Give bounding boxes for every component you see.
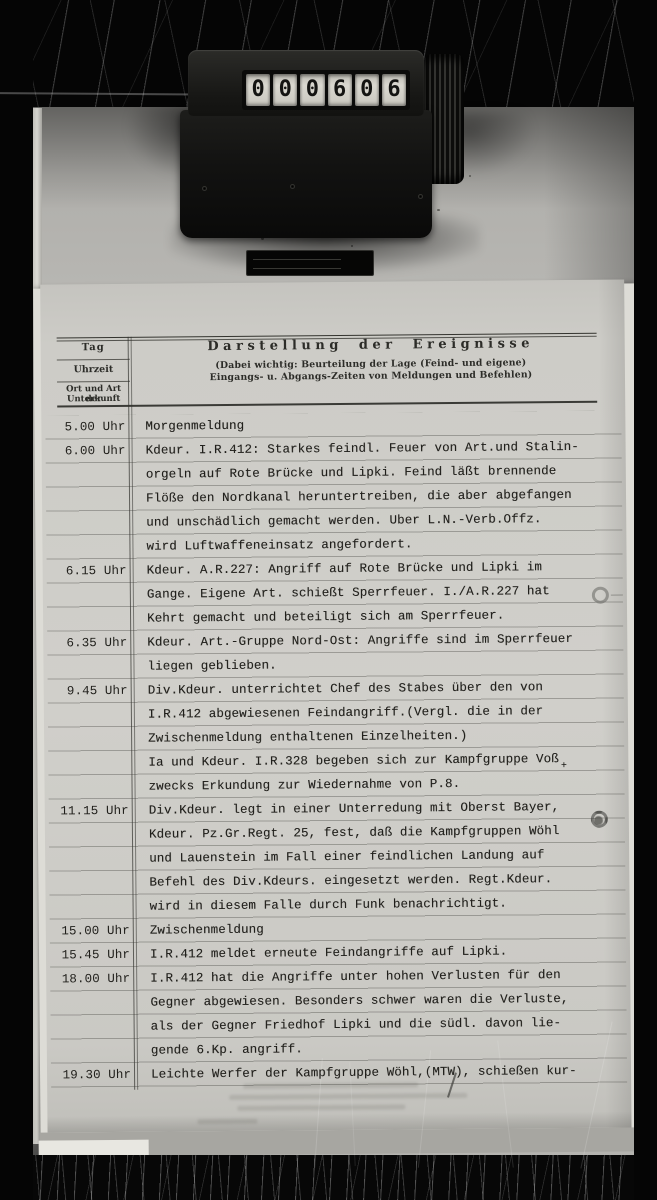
entry-line: Zwischenmeldung enthaltenen Einzelheiten… — [148, 723, 565, 751]
counter-digit: 6 — [328, 74, 352, 106]
film-border-left — [0, 0, 33, 1200]
entry-line: als der Gegner Friedhof Lipki und die sü… — [151, 1011, 569, 1039]
entry-line: Kehrt gemacht und beteiligt sich am Sper… — [147, 603, 550, 631]
uhrzeit-underline — [57, 381, 130, 383]
entry-line: Ia und Kdeur. I.R.328 begeben sich zur K… — [148, 747, 565, 775]
entry-line: gende 6.Kp. angriff. — [151, 1035, 569, 1063]
counter-base — [180, 110, 432, 238]
header-label-unterkunft-2: Unterkunft — [57, 394, 130, 405]
screw — [290, 184, 295, 189]
entry-line: I.R.412 abgewiesenen Feindangriff.(Vergl… — [148, 699, 565, 727]
counter-label-slot — [246, 250, 374, 276]
counter-digit: 0 — [300, 74, 324, 106]
counter-digits: 0 0 0 6 0 6 — [242, 70, 410, 110]
entry-time: 9.45 Uhr — [44, 679, 128, 704]
entry-lines: I.R.412 hat die Angriffe unter hohen Ver… — [150, 963, 569, 1063]
film-border-bottom — [0, 1155, 657, 1200]
entry-lines: Morgenmeldung — [145, 414, 244, 439]
counter-digit: 0 — [273, 74, 297, 106]
entry-line: Morgenmeldung — [145, 414, 244, 439]
table-row: 6.15 UhrKdeur. A.R.227: Angriff auf Rote… — [43, 554, 628, 631]
bleed-through-text — [229, 1093, 467, 1100]
table-row: 9.45 UhrDiv.Kdeur. unterrichtet Chef des… — [44, 674, 629, 799]
entries-table: 5.00 UhrMorgenmeldung6.00 UhrKdeur. I.R.… — [41, 410, 631, 1087]
entry-time: 11.15 Uhr — [45, 799, 129, 824]
punch-hole-mark-1 — [592, 587, 609, 604]
entry-line: Kdeur. A.R.227: Angriff auf Rote Brücke … — [147, 555, 550, 583]
entry-line: Div.Kdeur. legt in einer Unterredung mit… — [149, 795, 560, 823]
entry-line: Kdeur. Pz.Gr.Regt. 25, fest, daß die Kam… — [149, 819, 560, 847]
entry-lines: Kdeur. Art.-Gruppe Nord-Ost: Angriffe si… — [147, 627, 573, 679]
table-row: 18.00 UhrI.R.412 hat die Angriffe unter … — [46, 962, 631, 1063]
screw — [418, 194, 423, 199]
counter-digit: 0 — [246, 74, 270, 106]
entry-time: 15.00 Uhr — [46, 919, 130, 944]
tag-underline — [57, 359, 130, 361]
bleed-through-text — [237, 1104, 405, 1110]
entry-time: 6.00 Uhr — [42, 439, 126, 464]
document-page: Tag Uhrzeit Ort und Art der Unterkunft D… — [40, 279, 636, 1168]
entry-lines: Kdeur. I.R.412: Starkes feindl. Feuer vo… — [146, 435, 580, 559]
entry-lines: I.R.412 meldet erneute Feindangriffe auf… — [150, 940, 507, 967]
header-bottom-rule — [57, 401, 597, 407]
table-row: 11.15 UhrDiv.Kdeur. legt in einer Unterr… — [45, 794, 630, 919]
counter-digit: 0 — [355, 74, 379, 106]
entry-line: und Lauenstein im Fall einer feindlichen… — [149, 843, 560, 871]
punch-hole-mark-2 — [591, 811, 608, 828]
film-border-right — [634, 0, 657, 1200]
table-row: 6.35 UhrKdeur. Art.-Gruppe Nord-Ost: Ang… — [43, 626, 627, 679]
entry-line: Zwischenmeldung — [150, 918, 264, 943]
bleed-through-text — [197, 1119, 257, 1125]
entry-time: 6.15 Uhr — [43, 559, 127, 584]
entry-time: 19.30 Uhr — [47, 1063, 131, 1088]
entry-line: zwecks Erkundung zur Wiedernahme von P.8… — [148, 771, 565, 799]
entry-lines: Zwischenmeldung — [150, 918, 264, 943]
entry-lines: Kdeur. A.R.227: Angriff auf Rote Brücke … — [147, 555, 550, 631]
entry-time: 6.35 Uhr — [43, 631, 127, 656]
header-label-uhrzeit: Uhrzeit — [57, 364, 130, 376]
header-label-tag: Tag — [57, 342, 130, 354]
counter-digit: 6 — [382, 74, 406, 106]
entry-line: Gange. Eigene Art. schießt Sperrfeuer. I… — [147, 579, 550, 607]
entry-lines: Div.Kdeur. unterrichtet Chef des Stabes … — [148, 675, 566, 799]
screw — [202, 186, 207, 191]
entry-line: wird in diesem Falle durch Funk benachri… — [149, 891, 560, 919]
entry-line: I.R.412 hat die Angriffe unter hohen Ver… — [150, 963, 568, 991]
entry-line: I.R.412 meldet erneute Feindangriffe auf… — [150, 940, 507, 967]
war-diary-page: Tag Uhrzeit Ort und Art der Unterkunft D… — [40, 279, 631, 1132]
header-title: Darstellung der Ereignisse — [145, 336, 597, 355]
entry-line: Gegner abgewiesen. Besonders schwer ware… — [150, 987, 568, 1015]
entry-time: 15.45 Uhr — [46, 943, 130, 968]
table-row: 6.00 UhrKdeur. I.R.412: Starkes feindl. … — [42, 434, 627, 559]
counter-body: 0 0 0 6 0 6 — [188, 50, 424, 116]
entry-time: 5.00 Uhr — [41, 415, 125, 440]
entry-lines: Div.Kdeur. legt in einer Unterredung mit… — [149, 795, 561, 919]
film-frame: Tag Uhrzeit Ort und Art der Unterkunft D… — [0, 0, 657, 1200]
entry-time: 18.00 Uhr — [46, 967, 130, 992]
frame-counter: 0 0 0 6 0 6 — [178, 46, 470, 246]
entry-line: Befehl des Div.Kdeurs. eingesetzt werden… — [149, 867, 560, 895]
entry-line: Div.Kdeur. unterrichtet Chef des Stabes … — [148, 675, 565, 703]
